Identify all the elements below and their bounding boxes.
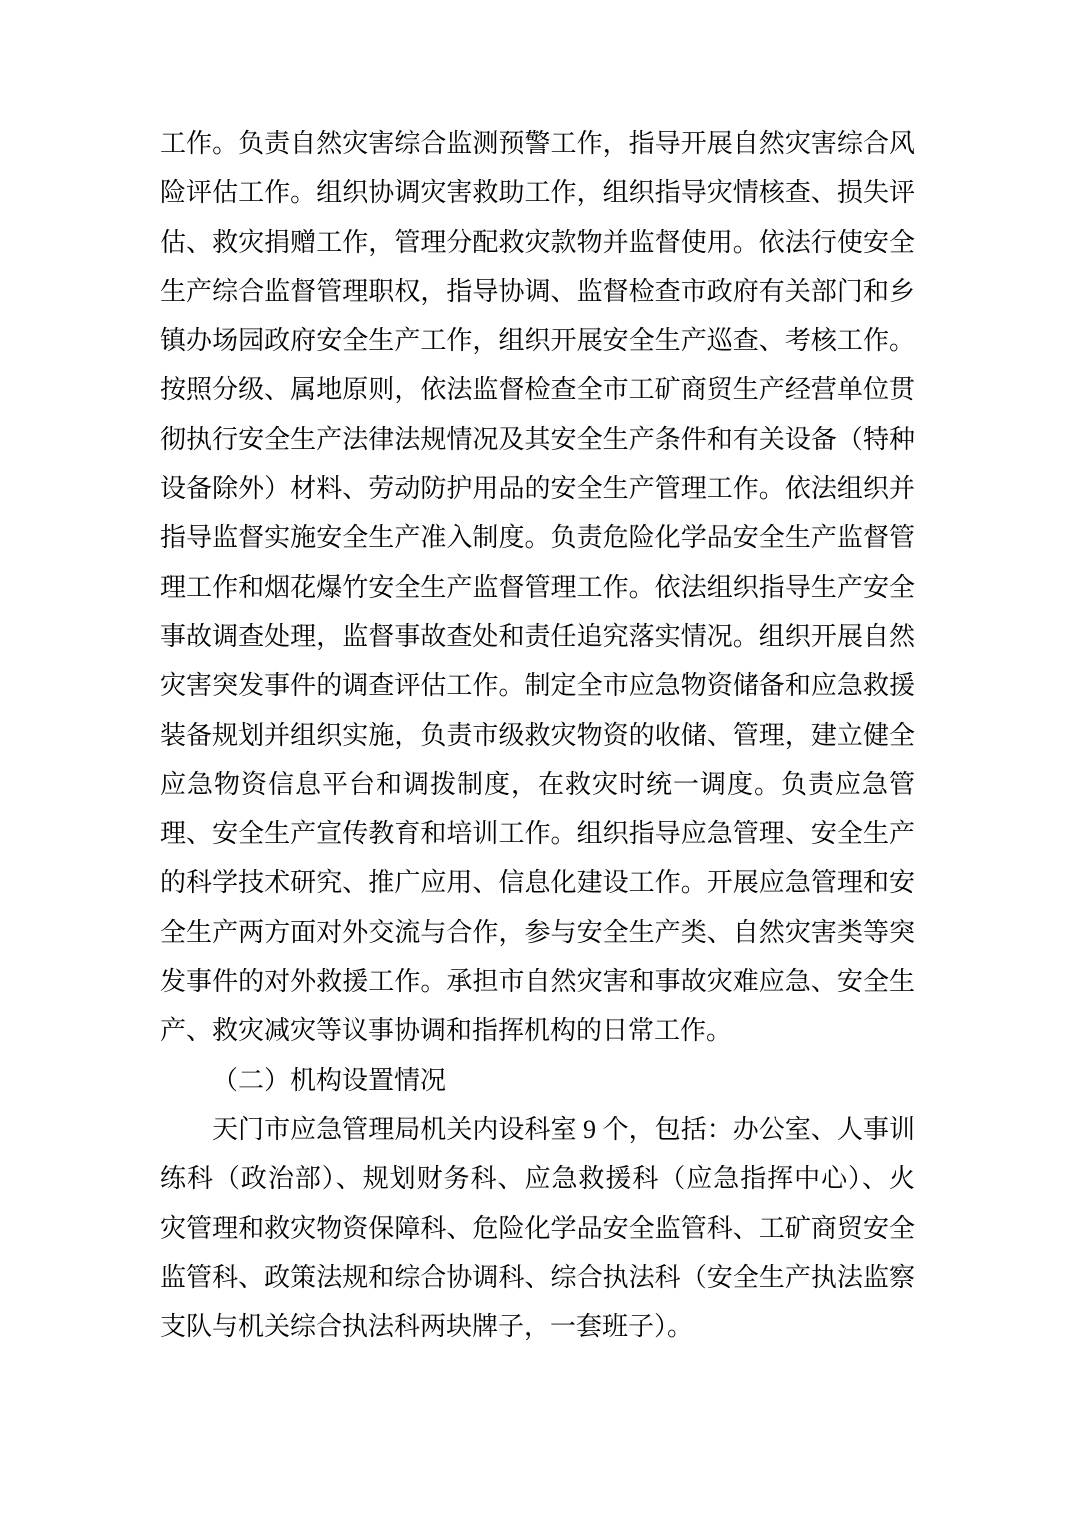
- text-line: 支队与机关综合执法科两块牌子，一套班子）。: [160, 1302, 915, 1351]
- organization-paragraph: 天门市应急管理局机关内设科室 9 个，包括：办公室、人事训练科（政治部）、规划财…: [160, 1105, 915, 1351]
- text-line: 彻执行安全生产法律法规情况及其安全生产条件和有关设备（特种: [160, 415, 915, 464]
- text-line: 按照分级、属地原则，依法监督检查全市工矿商贸生产经营单位贯: [160, 365, 915, 414]
- text-line: 工作。负责自然灾害综合监测预警工作，指导开展自然灾害综合风: [160, 119, 915, 168]
- text-line: 灾管理和救灾物资保障科、危险化学品安全监管科、工矿商贸安全: [160, 1204, 915, 1253]
- text-line: 应急物资信息平台和调拨制度，在救灾时统一调度。负责应急管: [160, 760, 915, 809]
- text-line: 设备除外）材料、劳动防护用品的安全生产管理工作。依法组织并: [160, 464, 915, 513]
- text-line: 理、安全生产宣传教育和培训工作。组织指导应急管理、安全生产: [160, 809, 915, 858]
- document-page: 工作。负责自然灾害综合监测预警工作，指导开展自然灾害综合风险评估工作。组织协调灾…: [0, 0, 1074, 1520]
- section-heading-organization-setup: （二）机构设置情况: [160, 1056, 915, 1105]
- text-line: 的科学技术研究、推广应用、信息化建设工作。开展应急管理和安: [160, 858, 915, 907]
- text-line: 估、救灾捐赠工作，管理分配救灾款物并监督使用。依法行使安全: [160, 218, 915, 267]
- document-body: 工作。负责自然灾害综合监测预警工作，指导开展自然灾害综合风险评估工作。组织协调灾…: [160, 119, 915, 1351]
- text-line: 理工作和烟花爆竹安全生产监督管理工作。依法组织指导生产安全: [160, 563, 915, 612]
- text-line: 指导监督实施安全生产准入制度。负责危险化学品安全生产监督管: [160, 513, 915, 562]
- text-line: 灾害突发事件的调查评估工作。制定全市应急物资储备和应急救援: [160, 661, 915, 710]
- text-line: 产、救灾减灾等议事协调和指挥机构的日常工作。: [160, 1006, 915, 1055]
- text-line: 发事件的对外救援工作。承担市自然灾害和事故灾难应急、安全生: [160, 957, 915, 1006]
- text-line: 装备规划并组织实施，负责市级救灾物资的收储、管理，建立健全: [160, 711, 915, 760]
- text-line: 练科（政治部）、规划财务科、应急救援科（应急指挥中心）、火: [160, 1154, 915, 1203]
- text-line: 镇办场园政府安全生产工作，组织开展安全生产巡查、考核工作。: [160, 316, 915, 365]
- text-line: 生产综合监督管理职权，指导协调、监督检查市政府有关部门和乡: [160, 267, 915, 316]
- text-line: （二）机构设置情况: [160, 1056, 915, 1105]
- text-line: 险评估工作。组织协调灾害救助工作，组织指导灾情核查、损失评: [160, 168, 915, 217]
- text-line: 全生产两方面对外交流与合作，参与安全生产类、自然灾害类等突: [160, 908, 915, 957]
- text-line: 监管科、政策法规和综合协调科、综合执法科（安全生产执法监察: [160, 1253, 915, 1302]
- duties-paragraph-continuation: 工作。负责自然灾害综合监测预警工作，指导开展自然灾害综合风险评估工作。组织协调灾…: [160, 119, 915, 1056]
- text-line: 事故调查处理，监督事故查处和责任追究落实情况。组织开展自然: [160, 612, 915, 661]
- text-line: 天门市应急管理局机关内设科室 9 个，包括：办公室、人事训: [160, 1105, 915, 1154]
